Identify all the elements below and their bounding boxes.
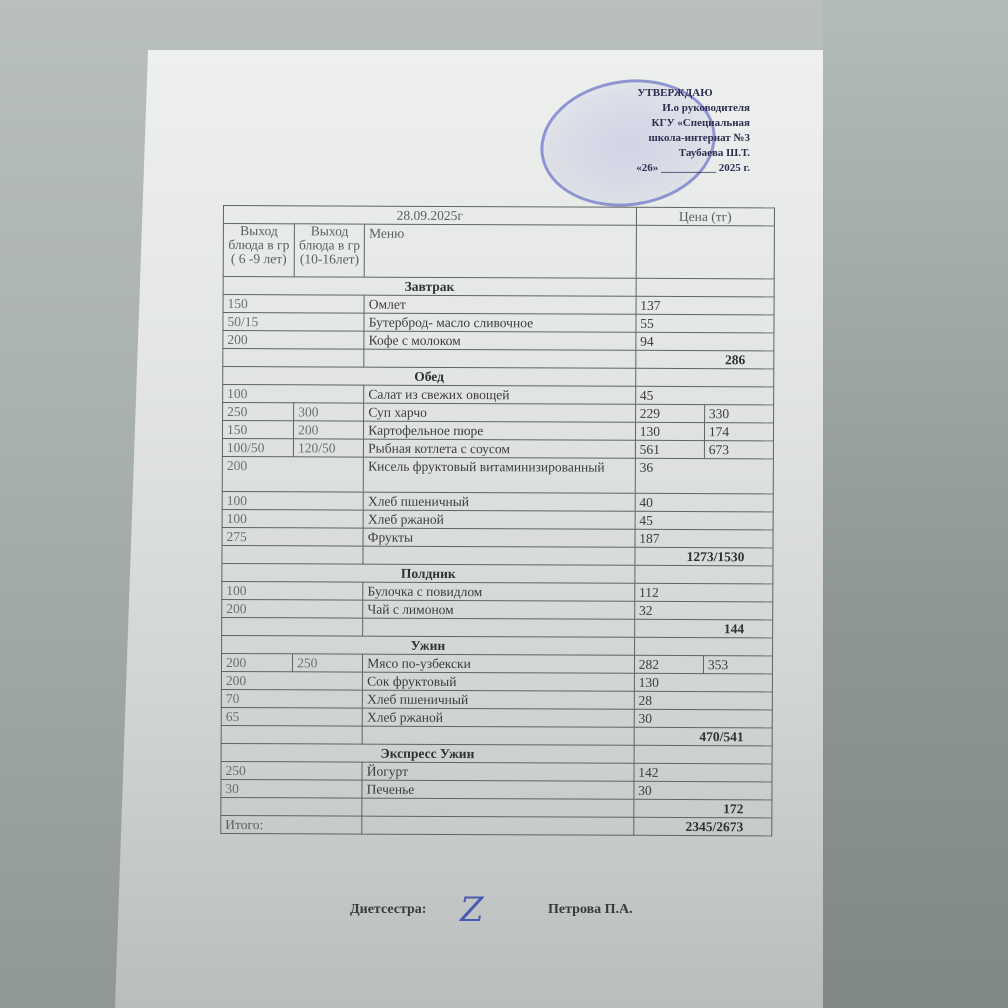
dish-name: Сок фруктовый (363, 672, 635, 691)
dish-name: Хлеб пшеничный (363, 492, 635, 511)
yield: 50/15 (223, 313, 364, 332)
subtotal-blank (364, 349, 636, 368)
table-row: 100Хлеб ржаной45 (222, 509, 773, 529)
table-row: 200Сок фруктовый130 (221, 671, 772, 691)
section-subtotal: 470/541 (634, 727, 772, 746)
total-blank (362, 816, 634, 835)
approval-year: 2025 г. (719, 162, 750, 174)
section-price-blank (636, 278, 774, 297)
header-yield-young: Выход блюда в гр ( 6 -9 лет) (223, 224, 294, 277)
approval-org-line1: КГУ «Специальная (560, 116, 750, 131)
section-subtotal: 1273/1530 (635, 547, 773, 566)
price-old: 174 (704, 423, 773, 441)
subtotal-blank (362, 798, 634, 817)
dish-name: Кофе с молоком (364, 331, 636, 350)
price: 187 (635, 529, 773, 548)
section-price-blank (635, 565, 773, 584)
section-row: Экспресс Ужин (221, 743, 772, 763)
dish-name: Бутерброд- масло сливочное (364, 313, 636, 332)
table-row: 30Печенье30 (221, 779, 772, 799)
header-menu: Меню (364, 224, 636, 278)
dish-name: Мясо по-узбекски (363, 654, 635, 673)
table-row: 200Кофе с молоком94 (223, 331, 774, 351)
price-young: 229 (635, 404, 704, 422)
yield: 275 (222, 527, 363, 546)
dish-name: Хлеб ржаной (362, 708, 634, 727)
approval-title: УТВЕРЖДАЮ (560, 86, 750, 101)
section-row: Полдник (222, 563, 773, 583)
subtotal-blank (221, 725, 362, 744)
price: 142 (634, 763, 772, 782)
approval-date-day: «26» (636, 162, 658, 174)
dish-name: Салат из свежих овощей (364, 385, 636, 404)
subtotal-blank (223, 349, 364, 368)
background-surface (823, 0, 1008, 1008)
table-row: 200Кисель фруктовый витаминизированный36 (222, 456, 773, 493)
price-young: 130 (635, 422, 704, 440)
dish-name: Хлеб пшеничный (363, 690, 635, 709)
table-header-row: Выход блюда в гр ( 6 -9 лет) Выход блюда… (223, 224, 774, 279)
table-row: 150Омлет137 (223, 295, 774, 315)
yield-young: 200 (221, 653, 292, 671)
section-title: Завтрак (223, 277, 636, 297)
subtotal-blank (363, 546, 635, 565)
section-price-blank (635, 368, 773, 387)
subtotal-row: 1273/1530 (222, 545, 773, 565)
price: 94 (636, 332, 774, 351)
section-subtotal: 172 (634, 799, 772, 818)
table-row: 100Булочка с повидлом112 (222, 581, 773, 601)
yield-old: 120/50 (294, 439, 364, 457)
price: 130 (634, 673, 772, 692)
price-old: 330 (704, 405, 773, 423)
dish-name: Фрукты (363, 528, 635, 547)
yield-old: 200 (294, 421, 364, 439)
total-row: Итого:2345/2673 (221, 815, 772, 835)
dish-name: Кисель фруктовый витаминизированный (363, 457, 635, 493)
dish-name: Суп харчо (364, 403, 636, 422)
table-row: 250Йогурт142 (221, 761, 772, 781)
dish-name: Омлет (364, 295, 636, 314)
price-young: 282 (634, 655, 703, 673)
approval-position: И.о руководителя (560, 101, 750, 116)
subtotal-row: 144 (222, 617, 773, 637)
price: 30 (634, 781, 772, 800)
approval-block: УТВЕРЖДАЮ И.о руководителя КГУ «Специаль… (560, 86, 750, 176)
price: 36 (635, 458, 773, 494)
dish-name: Чай с лимоном (363, 600, 635, 619)
section-title: Ужин (222, 635, 635, 655)
yield: 100 (222, 491, 363, 510)
header-price-blank (636, 225, 774, 279)
table-row: 200250Мясо по-узбекски282353 (221, 653, 772, 673)
signature-footer: Диетсестра: Z Петрова П.А. (350, 898, 670, 928)
menu-date: 28.09.2025г (223, 206, 636, 226)
table-row: 150200Картофельное пюре130174 (222, 421, 773, 441)
yield: 70 (221, 689, 362, 708)
approval-signer: Таубаева Ш.Т. (560, 146, 750, 161)
dish-name: Булочка с повидлом (363, 582, 635, 601)
price: 137 (636, 296, 774, 315)
yield: 150 (223, 295, 364, 314)
dietitian-label: Диетсестра: (350, 902, 426, 918)
section-title: Полдник (222, 563, 635, 583)
table-row: 100/50120/50Рыбная котлета с соусом56167… (222, 438, 773, 458)
price: 55 (636, 314, 774, 333)
yield: 200 (222, 599, 363, 618)
header-yield-old: Выход блюда в гр (10-16лет) (294, 224, 364, 277)
price: 30 (634, 709, 772, 728)
section-title: Обед (223, 367, 636, 387)
handwritten-signature: Z (460, 890, 484, 930)
yield: 30 (221, 779, 362, 798)
subtotal-blank (362, 726, 634, 745)
yield-old: 300 (294, 403, 364, 421)
section-row: Ужин (222, 635, 773, 655)
price-header: Цена (тг) (636, 207, 774, 226)
dietitian-name: Петрова П.А. (548, 902, 633, 918)
section-price-blank (634, 637, 772, 656)
section-subtotal: 144 (634, 619, 772, 638)
table-row: 200Чай с лимоном32 (222, 599, 773, 619)
yield: 200 (223, 331, 364, 350)
approval-org-line2: школа-интернат №3 (560, 131, 750, 146)
table-row: 100Салат из свежих овощей45 (223, 385, 774, 405)
yield-old: 250 (293, 654, 363, 672)
table-row: 250300Суп харчо229330 (223, 403, 774, 423)
table-row: 70Хлеб пшеничный28 (221, 689, 772, 709)
dish-name: Хлеб ржаной (363, 510, 635, 529)
yield-young: 100/50 (222, 438, 293, 456)
price: 32 (634, 601, 772, 620)
subtotal-row: 172 (221, 797, 772, 817)
subtotal-row: 470/541 (221, 725, 772, 745)
price: 45 (635, 386, 773, 405)
price: 45 (635, 511, 773, 530)
price: 112 (635, 583, 773, 602)
table-date-row: 28.09.2025г Цена (тг) (223, 206, 774, 226)
subtotal-blank (363, 618, 635, 637)
yield-young: 150 (222, 421, 293, 439)
section-price-blank (634, 745, 772, 764)
dish-name: Рыбная котлета с соусом (364, 439, 636, 458)
yield: 200 (222, 456, 363, 492)
dish-name: Печенье (362, 780, 634, 799)
yield: 100 (222, 509, 363, 528)
subtotal-row: 286 (223, 349, 774, 369)
table-row: 100Хлеб пшеничный40 (222, 491, 773, 511)
price-old: 353 (703, 656, 772, 674)
dish-name: Картофельное пюре (364, 421, 636, 440)
dish-name: Йогурт (362, 762, 634, 781)
subtotal-blank (222, 617, 363, 636)
section-subtotal: 286 (636, 350, 774, 369)
table-row: 275Фрукты187 (222, 527, 773, 547)
total-label: Итого: (221, 815, 362, 834)
table-row: 65Хлеб ржаной30 (221, 707, 772, 727)
price-young: 561 (635, 440, 704, 458)
yield: 250 (221, 761, 362, 780)
yield: 200 (221, 671, 362, 690)
table-row: 50/15Бутерброд- масло сливочное55 (223, 313, 774, 333)
yield: 100 (223, 385, 364, 404)
approval-date: «26» __________ 2025 г. (560, 161, 750, 176)
menu-table: 28.09.2025г Цена (тг) Выход блюда в гр (… (220, 205, 775, 836)
yield: 100 (222, 581, 363, 600)
price: 40 (635, 493, 773, 512)
section-row: Обед (223, 367, 774, 387)
subtotal-blank (222, 545, 363, 564)
yield-young: 250 (223, 403, 294, 421)
price: 28 (634, 691, 772, 710)
section-title: Экспресс Ужин (221, 743, 634, 763)
price-old: 673 (704, 441, 773, 459)
section-row: Завтрак (223, 277, 774, 297)
yield: 65 (221, 707, 362, 726)
subtotal-blank (221, 797, 362, 816)
grand-total: 2345/2673 (633, 817, 771, 836)
